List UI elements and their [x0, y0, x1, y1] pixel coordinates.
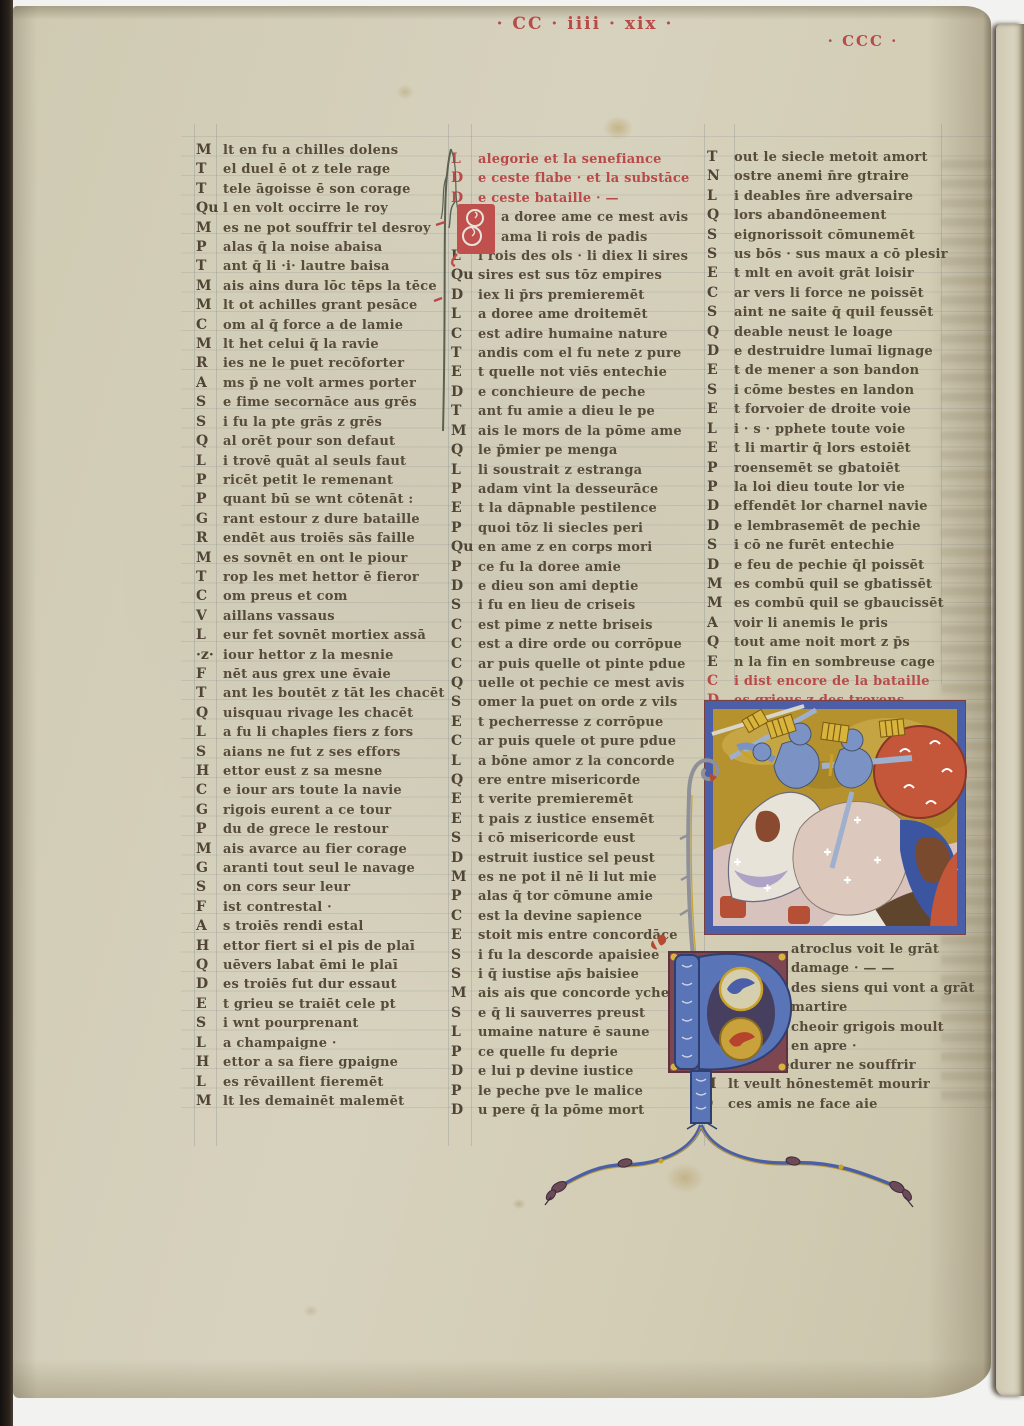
line-initial: A: [196, 917, 223, 936]
manuscript-line: Et la dāpnable pestilence: [451, 499, 709, 518]
manuscript-line: Somer la puet on orde z vils: [451, 693, 709, 712]
manuscript-line: Hettor a sa fiere gpaigne: [196, 1053, 458, 1072]
line-text: ais le mors de la pōme ame: [478, 424, 682, 439]
manuscript-line: Car puis quelle ot pinte pdue: [451, 655, 709, 674]
line-initial: Q: [451, 441, 478, 460]
manuscript-line: Fnēt aus grex une ēvaie: [196, 665, 458, 684]
line-text: i rois des ols · li diex li sires: [478, 249, 688, 264]
line-text: ies ne le puet recōforter: [223, 356, 404, 371]
parchment-page: · CC · iiii · xix · · CCC · Mlt en fu a …: [13, 6, 991, 1398]
folio-number-center: · CC · iiii · xix ·: [475, 14, 695, 34]
manuscript-line: Pricēt petit le remenant: [196, 471, 458, 490]
line-initial: Q: [707, 633, 734, 652]
line-text: t mlt en avoit grāt loisir: [734, 266, 914, 281]
line-initial: H: [196, 1053, 223, 1072]
line-initial: P: [196, 490, 223, 509]
line-initial: L: [451, 752, 478, 771]
manuscript-line: Et pecherresse z corrōpue: [451, 713, 709, 732]
line-text: out le siecle metoit amort: [734, 150, 928, 165]
manuscript-line: Mes combū quil se gbaucissēt: [707, 594, 957, 613]
manuscript-line: Seignorissoit cōmunemēt: [707, 226, 957, 245]
line-initial: S: [707, 536, 734, 555]
line-text: i trovē quāt al seuls faut: [223, 454, 406, 469]
line-text: es combū quil se gbatissēt: [734, 577, 932, 592]
line-initial: M: [196, 141, 223, 160]
line-text: ce fu la doree amie: [478, 560, 621, 575]
manuscript-line: Et li martir q̄ lors estoiēt: [707, 439, 957, 458]
line-text: es troiēs fut dur essaut: [223, 977, 397, 992]
line-text: t li martir q̄ lors estoiēt: [734, 441, 911, 456]
manuscript-line: De ceste flabe · et la substāce: [451, 169, 709, 188]
manuscript-line: Pquoi tōz li siecles peri: [451, 519, 709, 538]
line-initial: C: [196, 587, 223, 606]
line-initial: H: [196, 937, 223, 956]
line-text: s troiēs rendi estal: [223, 919, 364, 934]
manuscript-line: Mais avarce au fier corage: [196, 840, 458, 859]
line-text: ais ains dura lōc tēps la tēce: [223, 279, 437, 294]
manuscript-line: Mes sovnēt en ont le piour: [196, 549, 458, 568]
line-text: e conchieure de peche: [478, 385, 646, 400]
manuscript-line: Mlt ot achilles grant pesāce: [196, 296, 458, 315]
manuscript-line: Si cō ne furēt entechie: [707, 536, 957, 555]
manuscript-line: De feu de pechie q̄l poissēt: [707, 556, 957, 575]
line-text: on cors seur leur: [223, 880, 350, 895]
line-initial: S: [196, 393, 223, 412]
manuscript-line: Ries ne le puet recōforter: [196, 354, 458, 373]
line-text: adam vint la desseurāce: [478, 482, 658, 497]
manuscript-line: Tandis com el fu nete z pure: [451, 344, 709, 363]
line-text: a doree ame ce mest avis: [501, 210, 688, 225]
line-text: ostre anemi n̄re gtraire: [734, 169, 909, 184]
line-text: a champaigne ·: [223, 1036, 337, 1051]
line-initial: G: [196, 510, 223, 529]
manuscript-line: De dieu son ami deptie: [451, 577, 709, 596]
line-text: e ceste flabe · et la substāce: [478, 171, 689, 186]
line-initial: E: [451, 810, 478, 829]
line-text: effendēt lor charnel navie: [734, 499, 928, 514]
line-text: ms p̄ ne volt armes porter: [223, 376, 416, 391]
manuscript-line: Com al q̄ force a de lamie: [196, 316, 458, 335]
line-initial: T: [196, 160, 223, 179]
line-initial: S: [196, 1014, 223, 1033]
manuscript-line: Lli soustrait z estranga: [451, 461, 709, 480]
manuscript-line: De lembrasemēt de pechie: [707, 517, 957, 536]
line-initial: E: [707, 361, 734, 380]
vertical-rule: [194, 124, 195, 1146]
line-text: al orēt pour son defaut: [223, 434, 395, 449]
manuscript-line: Mes combū quil se gbatissēt: [707, 575, 957, 594]
line-text: eignorissoit cōmunemēt: [734, 228, 915, 243]
manuscript-line: Grigois eurent a ce tour: [196, 801, 458, 820]
manuscript-line: Qlors abandōneement: [707, 206, 957, 225]
line-initial: E: [451, 713, 478, 732]
line-text: uēvers labat ēmi le plaī: [223, 958, 398, 973]
line-text: alegorie et la senefiance: [478, 152, 662, 167]
decorated-initial-p: [541, 735, 971, 1215]
line-initial: P: [196, 238, 223, 257]
line-initial: C: [196, 316, 223, 335]
manuscript-line: Cest adire humaine nature: [451, 325, 709, 344]
manuscript-line: Qul en volt occirre le roy: [196, 199, 458, 218]
line-text: t forvoier de droite voie: [734, 402, 911, 417]
line-initial: E: [707, 400, 734, 419]
line-text: lt en fu a chilles dolens: [223, 143, 398, 158]
line-initial: A: [707, 614, 734, 633]
line-initial: D: [451, 577, 478, 596]
line-initial: C: [196, 781, 223, 800]
line-initial: D: [707, 497, 734, 516]
line-text: t quelle not viēs entechie: [478, 365, 667, 380]
line-text: ist contrestal ·: [223, 900, 332, 915]
line-text: lt ot achilles grant pesāce: [223, 298, 417, 313]
manuscript-line: Nostre anemi n̄re gtraire: [707, 167, 957, 186]
manuscript-line: De destruidre lumaī lignage: [707, 342, 957, 361]
line-initial: Q: [196, 704, 223, 723]
penwork-flourish: [431, 145, 471, 437]
line-initial: M: [196, 549, 223, 568]
manuscript-line: Qle p̄mier pe menga: [451, 441, 709, 460]
line-initial: F: [196, 665, 223, 684]
line-text: el duel ē ot z tele rage: [223, 162, 390, 177]
line-text: ettor fiert si el pis de plaī: [223, 939, 415, 954]
line-initial: S: [451, 965, 478, 984]
manuscript-line: Avoir li anemis le pris: [707, 614, 957, 633]
line-text: andis com el fu nete z pure: [478, 346, 681, 361]
manuscript-line: Et mlt en avoit grāt loisir: [707, 264, 957, 283]
line-initial: T: [196, 568, 223, 587]
line-text: alas q̄ la noise abaisa: [223, 240, 382, 255]
line-text: t la dāpnable pestilence: [478, 501, 657, 516]
line-initial: R: [196, 529, 223, 548]
manuscript-line: Pquant bū se wnt cōtenāt :: [196, 490, 458, 509]
line-initial: M: [196, 1092, 223, 1111]
line-initial: H: [196, 762, 223, 781]
line-text: i fu la pte grās z grēs: [223, 415, 382, 430]
manuscript-line: Cest a dire orde ou corrōpue: [451, 635, 709, 654]
line-initial: P: [196, 471, 223, 490]
line-initial: S: [451, 1004, 478, 1023]
manuscript-line: La champaigne ·: [196, 1034, 458, 1053]
line-initial: E: [451, 790, 478, 809]
decorated-initial-l: [447, 198, 503, 268]
next-folio-edge: [996, 24, 1024, 1396]
line-text: aillans vassaus: [223, 609, 335, 624]
line-text: endēt aus troiēs sās faille: [223, 531, 415, 546]
manuscript-line: Lalegorie et la senefiance: [451, 150, 709, 169]
manuscript-line: Se fime secornāce aus grēs: [196, 393, 458, 412]
line-text: lt les demainēt malemēt: [223, 1094, 404, 1109]
line-text: es sovnēt en ont le piour: [223, 551, 408, 566]
manuscript-line: Tant q̄ li ·i· lautre baisa: [196, 257, 458, 276]
manuscript-line: Pdu de grece le restour: [196, 820, 458, 839]
line-initial: C: [451, 732, 478, 751]
line-text: e fime secornāce aus grēs: [223, 395, 417, 410]
line-text: i cō ne furēt entechie: [734, 538, 895, 553]
line-initial: L: [196, 626, 223, 645]
line-text: ettor eust z sa mesne: [223, 764, 382, 779]
line-initial: L: [196, 1034, 223, 1053]
manuscript-line: Pce fu la doree amie: [451, 558, 709, 577]
line-initial: S: [451, 596, 478, 615]
manuscript-line: Hettor fiert si el pis de plaī: [196, 937, 458, 956]
line-text: n la fin en sombreuse cage: [734, 655, 935, 670]
manuscript-line: Proensemēt se gbatoiēt: [707, 459, 957, 478]
line-initial: D: [707, 342, 734, 361]
line-text: e destruidre lumaī lignage: [734, 344, 933, 359]
line-text: e feu de pechie q̄l poissēt: [734, 558, 924, 573]
manuscript-line: Si fu en lieu de criseis: [451, 596, 709, 615]
line-initial: E: [451, 499, 478, 518]
line-initial: E: [196, 995, 223, 1014]
line-text: en ame z en corps mori: [478, 540, 652, 555]
manuscript-line: Si cōme bestes en landon: [707, 381, 957, 400]
line-initial: T: [196, 180, 223, 199]
line-initial: C: [451, 616, 478, 635]
manuscript-line: Grant estour z dure bataille: [196, 510, 458, 529]
line-initial: M: [196, 335, 223, 354]
manuscript-line: Tout le siecle metoit amort: [707, 148, 957, 167]
line-initial: T: [707, 148, 734, 167]
manuscript-line: Quisquau rivage les chacēt: [196, 704, 458, 723]
line-text: lt het celui q̄ la ravie: [223, 337, 379, 352]
manuscript-line: Com preus et com: [196, 587, 458, 606]
manuscript-line: Mlt het celui q̄ la ravie: [196, 335, 458, 354]
line-initial: P: [196, 820, 223, 839]
line-initial: Q: [451, 771, 478, 790]
text-column-right: Tout le siecle metoit amortNostre anemi …: [707, 148, 957, 711]
line-initial: C: [451, 655, 478, 674]
manuscript-line: Qusires est sus tōz empires: [451, 266, 709, 285]
line-initial: P: [451, 887, 478, 906]
manuscript-line: La fu li chaples fiers z fors: [196, 723, 458, 742]
line-initial: D: [451, 849, 478, 868]
line-initial: S: [707, 245, 734, 264]
line-initial: Q: [196, 432, 223, 451]
line-text: es ne pot souffrir tel desroy: [223, 221, 431, 236]
line-text: es rēvaillent fieremēt: [223, 1075, 384, 1090]
line-text: uelle ot pechie ce mest avis: [478, 676, 684, 691]
line-initial: S: [451, 693, 478, 712]
line-initial: M: [451, 984, 478, 1003]
manuscript-line: Li · s · pphete toute voie: [707, 420, 957, 439]
line-text: rant estour z dure bataille: [223, 512, 420, 527]
manuscript-line: Sus bōs · sus maux a cō plesir: [707, 245, 957, 264]
line-text: quant bū se wnt cōtenāt :: [223, 492, 413, 507]
line-text: a fu li chaples fiers z fors: [223, 725, 413, 740]
line-text: omer la puet on orde z vils: [478, 695, 677, 710]
manuscript-line: Padam vint la desseurāce: [451, 480, 709, 499]
line-initial: M: [196, 277, 223, 296]
manuscript-line: Quen ame z en corps mori: [451, 538, 709, 557]
manuscript-line: Et de mener a son bandon: [707, 361, 957, 380]
line-initial: D: [196, 975, 223, 994]
line-initial: L: [451, 461, 478, 480]
line-text: sires est sus tōz empires: [478, 268, 662, 283]
line-text: t de mener a son bandon: [734, 363, 919, 378]
line-text: tele āgoisse ē son corage: [223, 182, 411, 197]
line-text: us bōs · sus maux a cō plesir: [734, 247, 948, 262]
line-initial: P: [451, 480, 478, 499]
manuscript-line: Ttele āgoisse ē son corage: [196, 180, 458, 199]
line-text: t pecherresse z corrōpue: [478, 715, 663, 730]
line-text: rigois eurent a ce tour: [223, 803, 391, 818]
manuscript-line: Garanti tout seul le navage: [196, 859, 458, 878]
line-text: ar puis quelle ot pinte pdue: [478, 657, 686, 672]
manuscript-line: Hettor eust z sa mesne: [196, 762, 458, 781]
line-initial: L: [196, 723, 223, 742]
line-text: ant fu amie a dieu le pe: [478, 404, 655, 419]
line-text: e lembrasemēt de pechie: [734, 519, 921, 534]
line-initial: A: [196, 374, 223, 393]
manuscript-line: Deffendēt lor charnel navie: [707, 497, 957, 516]
line-initial: F: [196, 898, 223, 917]
line-initial: D: [451, 1062, 478, 1081]
line-initial: G: [196, 801, 223, 820]
manuscript-line: Cest pime z nette briseis: [451, 616, 709, 635]
manuscript-line: Et forvoier de droite voie: [707, 400, 957, 419]
line-text: i cōme bestes en landon: [734, 383, 914, 398]
line-text: iour hettor z la mesnie: [223, 648, 394, 663]
line-text: ricēt petit le remenant: [223, 473, 393, 488]
folio-number-right: · CCC ·: [808, 32, 918, 50]
line-initial: P: [451, 519, 478, 538]
manuscript-line: Les rēvaillent fieremēt: [196, 1073, 458, 1092]
line-text: le p̄mier pe menga: [478, 443, 617, 458]
manuscript-line: Mlt en fu a chilles dolens: [196, 141, 458, 160]
line-text: aranti tout seul le navage: [223, 861, 415, 876]
line-initial: P: [451, 558, 478, 577]
line-text: i wnt pourprenant: [223, 1016, 359, 1031]
manuscript-line: Palas q̄ la noise abaisa: [196, 238, 458, 257]
line-text: e dieu son ami deptie: [478, 579, 639, 594]
line-text: quoi tōz li siecles peri: [478, 521, 643, 536]
line-text: ar vers li force ne poissēt: [734, 286, 924, 301]
line-initial: L: [196, 452, 223, 471]
manuscript-line: La doree ame droitemēt: [451, 305, 709, 324]
line-initial: L: [707, 187, 734, 206]
manuscript-line: Ci dist encore de la bataille: [707, 672, 957, 691]
line-text: ant les boutēt z tāt les chacēt: [223, 686, 445, 701]
line-initial: M: [707, 594, 734, 613]
manuscript-line: Si wnt pourprenant: [196, 1014, 458, 1033]
line-initial: M: [196, 296, 223, 315]
line-text: t grieu se traiēt cele pt: [223, 997, 396, 1012]
binding-edge: [0, 0, 13, 1426]
line-initial: D: [707, 556, 734, 575]
manuscript-line: Des troiēs fut dur essaut: [196, 975, 458, 994]
manuscript-line: Qtout ame noit mort z p̄s: [707, 633, 957, 652]
manuscript-line: Et quelle not viēs entechie: [451, 363, 709, 382]
line-initial: S: [707, 226, 734, 245]
manuscript-line: Quēvers labat ēmi le plaī: [196, 956, 458, 975]
manuscript-line: Son cors seur leur: [196, 878, 458, 897]
manuscript-line: Tel duel ē ot z tele rage: [196, 160, 458, 179]
line-initial: S: [196, 743, 223, 762]
line-initial: C: [707, 672, 734, 691]
line-initial: Q: [707, 323, 734, 342]
line-initial: L: [196, 1073, 223, 1092]
line-initial: C: [451, 907, 478, 926]
text-column-left: Mlt en fu a chilles dolensTel duel ē ot …: [196, 141, 458, 1111]
line-initial: Qu: [196, 199, 223, 218]
line-initial: L: [707, 420, 734, 439]
line-text: est pime z nette briseis: [478, 618, 653, 633]
manuscript-line: Rendēt aus troiēs sās faille: [196, 529, 458, 548]
line-text: li soustrait z estranga: [478, 463, 642, 478]
line-initial: L: [451, 1023, 478, 1042]
manuscript-line: Trop les met hettor ē fieror: [196, 568, 458, 587]
line-text: est a dire orde ou corrōpue: [478, 637, 682, 652]
line-text: iex li p̄rs premieremēt: [478, 288, 644, 303]
manuscript-line: De conchieure de peche: [451, 383, 709, 402]
line-initial: M: [196, 840, 223, 859]
line-text: voir li anemis le pris: [734, 616, 888, 631]
line-initial: C: [707, 284, 734, 303]
line-text: tout ame noit mort z p̄s: [734, 635, 910, 650]
manuscript-photo: · CC · iiii · xix · · CCC · Mlt en fu a …: [0, 0, 1024, 1426]
line-initial: P: [707, 478, 734, 497]
line-text: es combū quil se gbaucissēt: [734, 596, 944, 611]
line-text: om preus et com: [223, 589, 348, 604]
manuscript-line: Qdeable neust le loage: [707, 323, 957, 342]
manuscript-line: Mes ne pot souffrir tel desroy: [196, 219, 458, 238]
line-initial: M: [196, 219, 223, 238]
line-initial: M: [451, 868, 478, 887]
manuscript-line: Li deables n̄re adversaire: [707, 187, 957, 206]
line-initial: C: [451, 635, 478, 654]
line-initial: E: [451, 926, 478, 945]
manuscript-line: Ams p̄ ne volt armes porter: [196, 374, 458, 393]
manuscript-line: As troiēs rendi estal: [196, 917, 458, 936]
manuscript-line: Si fu la pte grās z grēs: [196, 413, 458, 432]
line-text: nēt aus grex une ēvaie: [223, 667, 391, 682]
manuscript-line: En la fin en sombreuse cage: [707, 653, 957, 672]
line-text: a doree ame droitemēt: [478, 307, 648, 322]
line-text: i dist encore de la bataille: [734, 674, 930, 689]
line-text: lors abandōneement: [734, 208, 887, 223]
line-text: est adire humaine nature: [478, 327, 668, 342]
line-text: ais avarce au fier corage: [223, 842, 407, 857]
line-initial: ·z·: [196, 646, 223, 665]
line-text: aint ne saite q̄ quil feussēt: [734, 305, 933, 320]
line-initial: M: [707, 575, 734, 594]
line-initial: T: [196, 684, 223, 703]
line-initial: E: [707, 439, 734, 458]
line-initial: P: [707, 459, 734, 478]
line-text: e iour ars toute la navie: [223, 783, 402, 798]
line-text: du de grece le restour: [223, 822, 388, 837]
line-text: la loi dieu toute lor vie: [734, 480, 905, 495]
line-initial: R: [196, 354, 223, 373]
manuscript-line: Qal orēt pour son defaut: [196, 432, 458, 451]
line-text: l en volt occirre le roy: [223, 201, 388, 216]
manuscript-line: Mais ains dura lōc tēps la tēce: [196, 277, 458, 296]
manuscript-line: Car vers li force ne poissēt: [707, 284, 957, 303]
line-initial: V: [196, 607, 223, 626]
line-initial: G: [196, 859, 223, 878]
line-text: ettor a sa fiere gpaigne: [223, 1055, 398, 1070]
line-text: i · s · pphete toute voie: [734, 422, 905, 437]
line-initial: P: [451, 1043, 478, 1062]
manuscript-line: Tant fu amie a dieu le pe: [451, 402, 709, 421]
manuscript-line: Mais le mors de la pōme ame: [451, 422, 709, 441]
manuscript-line: Pla loi dieu toute lor vie: [707, 478, 957, 497]
line-text: ama li rois de padis: [501, 230, 648, 245]
line-text: deable neust le loage: [734, 325, 893, 340]
line-initial: S: [451, 946, 478, 965]
manuscript-line: Fist contrestal ·: [196, 898, 458, 917]
manuscript-line: Ce iour ars toute la navie: [196, 781, 458, 800]
